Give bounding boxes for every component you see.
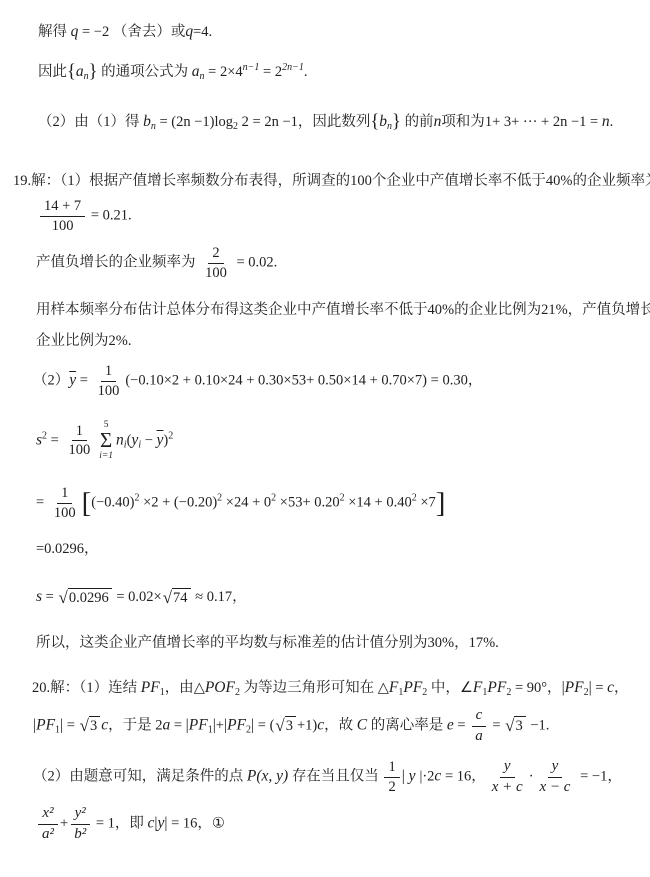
line-estimate-text-2: 企业比例为2%. — [36, 332, 131, 352]
line-ellipse-eq: x²a²+y²b² = 1，即 c|y| = 16，① — [36, 804, 225, 844]
line-bn-sum: （2）由（1）得 bn = (2n −1)log2 2 = 2n −1，因此数列… — [38, 110, 613, 135]
fraction: yx − c — [536, 757, 575, 797]
line-freq-021: 14 + 7100 = 0.21. — [38, 197, 132, 236]
fraction: 1100 — [50, 484, 80, 523]
square-root: √3 — [275, 716, 296, 736]
text-run: 为等边三角形可知在 — [240, 680, 378, 696]
line-ybar-formula: （2）y = 1100(−0.10×2 + 0.10×24 + 0.30×53+… — [33, 362, 482, 401]
text-run: = −1， — [576, 768, 621, 784]
fraction: 14 + 7100 — [40, 197, 85, 236]
fraction: x²a² — [38, 804, 58, 844]
text-run: 解得 — [38, 24, 71, 40]
document-page: 解得 q = −2 （舍去）或q=4. 因此{an} 的通项公式为 an = 2… — [0, 0, 650, 877]
superscript: 2n−1 — [282, 62, 304, 73]
math-var: F — [389, 679, 398, 696]
radical-icon: √ — [275, 716, 284, 736]
line-estimate-text-1: 用样本频率分布估计总体分布得这类企业中产值增长率不低于40%的企业比例为21%，… — [36, 301, 650, 321]
line-s2-expansion: = 1100[(−0.40)2 ×2 + (−0.20)2 ×24 + 02 ×… — [36, 484, 445, 523]
line-19-conclusion: 所以，这类企业产值增长率的平均数与标准差的估计值分别为30%，17%. — [36, 634, 499, 654]
numerator: 1 — [57, 484, 72, 504]
text-run: = 16，① — [168, 815, 225, 831]
numerator: y — [500, 757, 515, 778]
text-run: 的通项公式为 — [98, 64, 192, 80]
radical-icon: √ — [80, 716, 89, 736]
text-run: 所以，这类企业产值增长率的平均数与标准差的估计值分别为30%，17%. — [36, 635, 499, 651]
text-run: 企业比例为2%. — [36, 333, 131, 349]
denominator: b² — [70, 825, 90, 845]
denominator: 100 — [64, 441, 94, 460]
text-run: ，由 — [165, 680, 194, 696]
line-q-solution: 解得 q = −2 （舍去）或q=4. — [38, 22, 212, 43]
text-run: = −2 — [78, 24, 112, 40]
text-run: ，于是 2 — [108, 717, 162, 733]
line-freq-002: 产值负增长的企业频率为 2100 = 0.02. — [36, 244, 277, 283]
text-run: ×14 + 0.40 — [345, 495, 412, 511]
text-run: = 0.02. — [233, 255, 277, 271]
text-run: |·2 — [419, 768, 434, 784]
text-run: = 2×4 — [205, 64, 243, 80]
math-var: a — [76, 63, 84, 80]
brace-open: { — [370, 112, 379, 132]
denominator: x − c — [536, 778, 575, 798]
radicand: 3 — [89, 716, 100, 735]
text-run: +1) — [297, 717, 317, 733]
math-var: PF — [141, 679, 160, 696]
text-run: 2 = 2n −1， — [238, 114, 312, 130]
math-var: n — [602, 113, 610, 130]
radical-icon: √ — [505, 716, 514, 736]
line-s2-value: =0.0296， — [36, 540, 99, 560]
text-run: ×24 + 0 — [222, 495, 271, 511]
radicand: 3 — [514, 716, 525, 735]
square-root: √3 — [505, 716, 526, 736]
text-run: ×53+ 0.20 — [276, 495, 339, 511]
math-var: b — [379, 113, 387, 130]
text-run: =4. — [193, 24, 212, 40]
denominator: 100 — [201, 264, 231, 283]
math-var: PF — [36, 716, 55, 733]
text-run: 20.解：（1）连结 — [32, 680, 141, 696]
math-var: e — [447, 716, 454, 733]
text-run: ×7 — [417, 495, 436, 511]
text-run: = 1，即 — [92, 815, 147, 831]
text-run: ×2 + (−0.20) — [139, 495, 217, 511]
triangle-icon: △ — [194, 680, 205, 696]
fraction: 12 — [384, 758, 399, 797]
text-run: = 2 — [259, 64, 282, 80]
radical-icon: √ — [163, 588, 172, 608]
math-var: PF — [227, 716, 246, 733]
text-run: (−0.40) — [91, 495, 134, 511]
text-run: = — [76, 373, 91, 389]
sigma-icon: Σ — [100, 430, 112, 451]
text-run: 中， — [427, 680, 460, 696]
numerator: c — [472, 706, 487, 727]
bracket-open: [ — [82, 487, 92, 519]
math-var: F — [473, 679, 482, 696]
text-run: = — [489, 717, 504, 733]
radical-icon: √ — [58, 588, 67, 608]
text-run: = — [42, 589, 57, 605]
line-eccentricity: |PF1| = √3c，于是 2a = |PF1|+|PF2| = (√3+1)… — [33, 706, 549, 746]
radicand: 3 — [285, 716, 296, 735]
text-run: 存在当且仅当 — [288, 768, 382, 784]
numerator: 1 — [384, 758, 399, 778]
math-var: q — [185, 23, 193, 40]
math-var: PF — [487, 679, 506, 696]
numerator: 14 + 7 — [40, 197, 85, 217]
denominator: 100 — [50, 504, 80, 523]
square-root: √0.0296 — [58, 588, 111, 608]
text-run: = 90°， — [511, 680, 561, 696]
line-20-part2: （2）由题意可知，满足条件的点 P(x, y) 存在当且仅当 12| y |·2… — [33, 757, 622, 797]
text-run: =0.0296， — [36, 541, 99, 557]
text-run: = 0.02× — [113, 589, 162, 605]
text-run: + — [60, 815, 68, 831]
text-run: = — [47, 432, 62, 448]
radicand: 0.0296 — [68, 588, 112, 607]
summation: 5Σi=1 — [99, 420, 113, 462]
math-var: POF — [205, 679, 235, 696]
numerator: 2 — [208, 244, 223, 264]
fraction: 2100 — [201, 244, 231, 283]
text-run: （2） — [33, 373, 69, 389]
text-run: = 16， — [441, 768, 485, 784]
text-run: ，故 — [324, 717, 357, 733]
denominator: 2 — [384, 778, 399, 797]
text-run: （2）由（1）得 — [38, 114, 143, 130]
text-run: = ( — [254, 717, 274, 733]
numerator: y² — [71, 804, 90, 825]
denominator: a — [471, 727, 487, 747]
text-run: (−0.10×2 + 0.10×24 + 0.30×53+ 0.50×14 + … — [125, 373, 482, 389]
text-run: 的离心率是 — [367, 717, 447, 733]
numerator: y — [548, 757, 563, 778]
text-run: ≈ 0.17， — [192, 589, 247, 605]
fraction: ca — [471, 706, 487, 746]
text-run: = — [454, 717, 469, 733]
text-run: = 0.21. — [87, 208, 131, 224]
dot-operator: · — [529, 768, 534, 784]
text-run: 的前 — [401, 114, 434, 130]
brace-close: } — [89, 62, 98, 82]
math-var: P(x, y) — [247, 767, 288, 784]
text-run: = — [36, 495, 48, 511]
sum-lower-limit: i=1 — [99, 451, 113, 461]
superscript: n−1 — [243, 62, 260, 73]
denominator: 100 — [94, 382, 124, 401]
angle-icon: ∠ — [460, 680, 473, 696]
superscript: 2 — [168, 430, 173, 441]
square-root: √74 — [163, 588, 191, 608]
fraction: 1100 — [64, 422, 94, 461]
math-var: b — [143, 113, 151, 130]
fraction: yx + c — [488, 757, 527, 797]
text-run: 19.解：（1）根据产值增长率频数分布表得，所调查的100个企业中产值增长率不低… — [13, 173, 650, 189]
text-run: = (2n −1)log — [156, 114, 233, 130]
triangle-icon: △ — [378, 680, 389, 696]
radicand: 74 — [172, 588, 191, 607]
text-run: 用样本频率分布估计总体分布得这类企业中产值增长率不低于40%的企业比例为21%，… — [36, 302, 650, 318]
line-19-header: 19.解：（1）根据产值增长率频数分布表得，所调查的100个企业中产值增长率不低… — [13, 172, 650, 192]
math-var: PF — [565, 679, 584, 696]
text-run: − — [141, 432, 156, 448]
text-run: . — [610, 114, 614, 130]
brace-close: } — [392, 112, 401, 132]
fraction: 1100 — [94, 362, 124, 401]
text-run: −1. — [527, 717, 550, 733]
math-var: y — [405, 767, 420, 784]
denominator: 100 — [48, 217, 78, 236]
text-run: （舍去）或 — [113, 24, 186, 40]
text-run: 项和为 — [441, 114, 485, 130]
text-run: （2）由题意可知，满足条件的点 — [33, 768, 247, 784]
line-s-value: s = √0.0296 = 0.02×√74 ≈ 0.17， — [36, 587, 247, 608]
text-run: . — [304, 64, 308, 80]
math-var: PF — [189, 716, 208, 733]
math-var: n — [116, 431, 124, 448]
text-run: 1+ 3+ ··· + 2n −1 = — [485, 114, 602, 130]
bracket-close: ] — [436, 487, 446, 519]
line-20-header: 20.解：（1）连结 PF1，由△POF2 为等边三角形可知在 △F1PF2 中… — [32, 678, 629, 700]
brace-open: { — [67, 62, 76, 82]
text-run: = — [170, 717, 185, 733]
math-var: PF — [403, 679, 422, 696]
numerator: 1 — [72, 422, 87, 442]
numerator: x² — [38, 804, 57, 825]
line-s2-formula: s2 = 11005Σi=1ni(yi − y)2 — [36, 420, 173, 462]
text-run: 因此数列 — [312, 114, 370, 130]
text-run: + — [216, 717, 224, 733]
line-an-formula: 因此{an} 的通项公式为 an = 2×4n−1 = 22n−1. — [38, 60, 307, 85]
math-var: c — [607, 679, 614, 696]
denominator: x + c — [488, 778, 527, 798]
text-run: = — [592, 680, 607, 696]
denominator: a² — [38, 825, 58, 845]
text-run: = — [63, 717, 78, 733]
text-run: 因此 — [38, 64, 67, 80]
fraction: y²b² — [70, 804, 90, 844]
square-root: √3 — [80, 716, 101, 736]
math-var: C — [357, 716, 367, 733]
text-run: ， — [614, 680, 629, 696]
text-run: 产值负增长的企业频率为 — [36, 255, 199, 271]
numerator: 1 — [101, 362, 116, 382]
math-var: a — [192, 63, 200, 80]
